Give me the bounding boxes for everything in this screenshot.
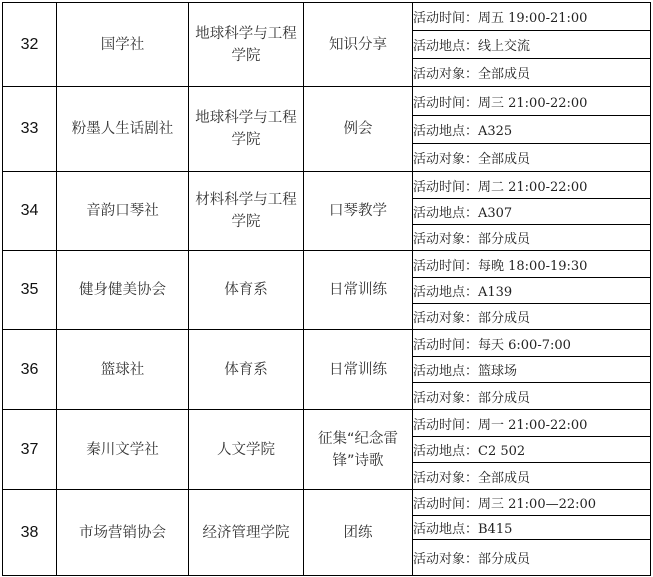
activity-name: 团练 [304,490,413,576]
row-number: 35 [3,251,57,330]
activity-target: 活动对象：部分成员 [413,383,651,410]
activity-location: 活动地点：A139 [413,278,651,304]
activity-time: 活动时间：每天 6:00-7:00 [413,330,651,357]
college-name: 体育系 [189,330,304,410]
college-name: 地球科学与工程学院 [189,3,304,87]
club-name: 篮球社 [57,330,189,410]
row-number: 32 [3,3,57,87]
activity-target: 活动对象：部分成员 [413,304,651,330]
college-name: 体育系 [189,251,304,330]
activity-time: 活动时间：周三 21:00—22:00 [413,490,651,516]
activity-target: 活动对象：部分成员 [413,225,651,251]
table-row: 36篮球社体育系日常训练活动时间：每天 6:00-7:00 [3,330,651,357]
table-row: 35健身健美协会体育系日常训练活动时间：每晚 18:00-19:30 [3,251,651,278]
activity-target: 活动对象：全部成员 [413,463,651,490]
activity-name: 口琴教学 [304,172,413,251]
activity-location: 活动地点：线上交流 [413,31,651,59]
table-row: 37秦川文学社人文学院征集“纪念雷锋”诗歌活动时间：周一 21:00-22:00 [3,410,651,437]
table-row: 34音韵口琴社材料科学与工程学院口琴教学活动时间：周二 21:00-22:00 [3,172,651,199]
activity-time: 活动时间：每晚 18:00-19:30 [413,251,651,278]
activity-location: 活动地点：篮球场 [413,357,651,383]
activity-location: 活动地点：B415 [413,516,651,540]
club-activity-table: 32国学社地球科学与工程学院知识分享活动时间：周五 19:00-21:00活动地… [2,2,651,576]
college-name: 地球科学与工程学院 [189,87,304,172]
club-name: 粉墨人生话剧社 [57,87,189,172]
table-row: 32国学社地球科学与工程学院知识分享活动时间：周五 19:00-21:00 [3,3,651,31]
activity-location: 活动地点：A307 [413,199,651,225]
row-number: 38 [3,490,57,576]
club-name: 市场营销协会 [57,490,189,576]
row-number: 34 [3,172,57,251]
table-row: 33粉墨人生话剧社地球科学与工程学院例会活动时间：周三 21:00-22:00 [3,87,651,116]
activity-time: 活动时间：周一 21:00-22:00 [413,410,651,437]
club-name: 国学社 [57,3,189,87]
college-name: 材料科学与工程学院 [189,172,304,251]
activity-name: 征集“纪念雷锋”诗歌 [304,410,413,490]
activity-name: 例会 [304,87,413,172]
row-number: 36 [3,330,57,410]
activity-target: 活动对象：全部成员 [413,59,651,87]
college-name: 人文学院 [189,410,304,490]
activity-location: 活动地点：A325 [413,116,651,144]
table-body: 32国学社地球科学与工程学院知识分享活动时间：周五 19:00-21:00活动地… [3,3,651,576]
table-row: 38市场营销协会经济管理学院团练活动时间：周三 21:00—22:00 [3,490,651,516]
club-name: 音韵口琴社 [57,172,189,251]
club-name: 健身健美协会 [57,251,189,330]
activity-name: 日常训练 [304,330,413,410]
activity-name: 知识分享 [304,3,413,87]
club-name: 秦川文学社 [57,410,189,490]
activity-target: 活动对象：全部成员 [413,144,651,172]
row-number: 37 [3,410,57,490]
row-number: 33 [3,87,57,172]
activity-target: 活动对象：部分成员 [413,540,651,576]
activity-name: 日常训练 [304,251,413,330]
college-name: 经济管理学院 [189,490,304,576]
activity-time: 活动时间：周三 21:00-22:00 [413,87,651,116]
activity-time: 活动时间：周五 19:00-21:00 [413,3,651,31]
activity-location: 活动地点：C2 502 [413,437,651,463]
activity-time: 活动时间：周二 21:00-22:00 [413,172,651,199]
